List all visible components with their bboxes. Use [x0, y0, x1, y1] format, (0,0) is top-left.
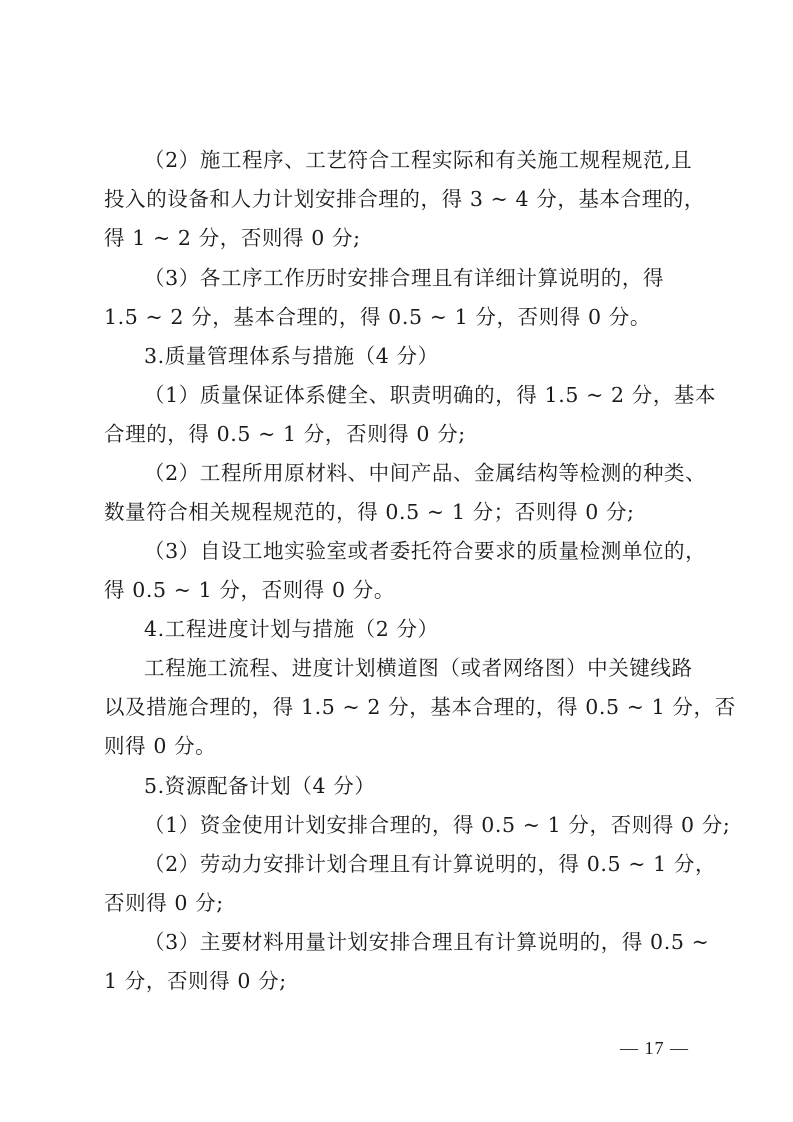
- paragraph-line: 则得 0 分。: [104, 731, 216, 761]
- paragraph-line: （2）劳动力安排计划合理且有计算说明的，得 0.5 ~ 1 分，: [144, 849, 716, 879]
- paragraph-line: 工程施工流程、进度计划横道图（或者网络图）中关键线路: [144, 653, 693, 683]
- paragraph-line: （3）自设工地实验室或者委托符合要求的质量检测单位的，: [144, 536, 706, 566]
- paragraph-line: （1）资金使用计划安排合理的，得 0.5 ~ 1 分，否则得 0 分;: [144, 810, 730, 840]
- section-heading: 5.资源配备计划（4 分）: [144, 771, 375, 801]
- paragraph-line: 合理的，得 0.5 ~ 1 分，否则得 0 分;: [104, 419, 466, 449]
- page-number: — 17 —: [620, 1038, 689, 1059]
- paragraph-line: 以及措施合理的，得 1.5 ~ 2 分，基本合理的，得 0.5 ~ 1 分，否: [104, 692, 736, 722]
- paragraph-line: （1）质量保证体系健全、职责明确的，得 1.5 ~ 2 分，基本: [144, 380, 716, 410]
- paragraph-line: （3）主要材料用量计划安排合理且有计算说明的，得 0.5 ~: [144, 927, 709, 957]
- paragraph-line: 得 0.5 ~ 1 分，否则得 0 分。: [104, 575, 395, 605]
- section-heading: 4.工程进度计划与措施（2 分）: [144, 614, 439, 644]
- paragraph-line: 投入的设备和人力计划安排合理的，得 3 ~ 4 分，基本合理的，: [104, 184, 705, 214]
- paragraph-line: （2）工程所用原材料、中间产品、金属结构等检测的种类、: [144, 458, 706, 488]
- section-heading: 3.质量管理体系与措施（4 分）: [144, 341, 439, 371]
- paragraph-line: 得 1 ~ 2 分，否则得 0 分;: [104, 223, 361, 253]
- paragraph-line: （3）各工序工作历时安排合理且有详细计算说明的，得: [144, 263, 664, 293]
- paragraph-line: 数量符合相关规程规范的，得 0.5 ~ 1 分；否则得 0 分;: [104, 497, 635, 527]
- paragraph-line: 1 分，否则得 0 分;: [104, 966, 287, 996]
- paragraph-line: 1.5 ~ 2 分，基本合理的，得 0.5 ~ 1 分，否则得 0 分。: [104, 302, 651, 332]
- paragraph-line: （2）施工程序、工艺符合工程实际和有关施工规程规范,且: [144, 145, 692, 175]
- paragraph-line: 否则得 0 分;: [104, 888, 224, 918]
